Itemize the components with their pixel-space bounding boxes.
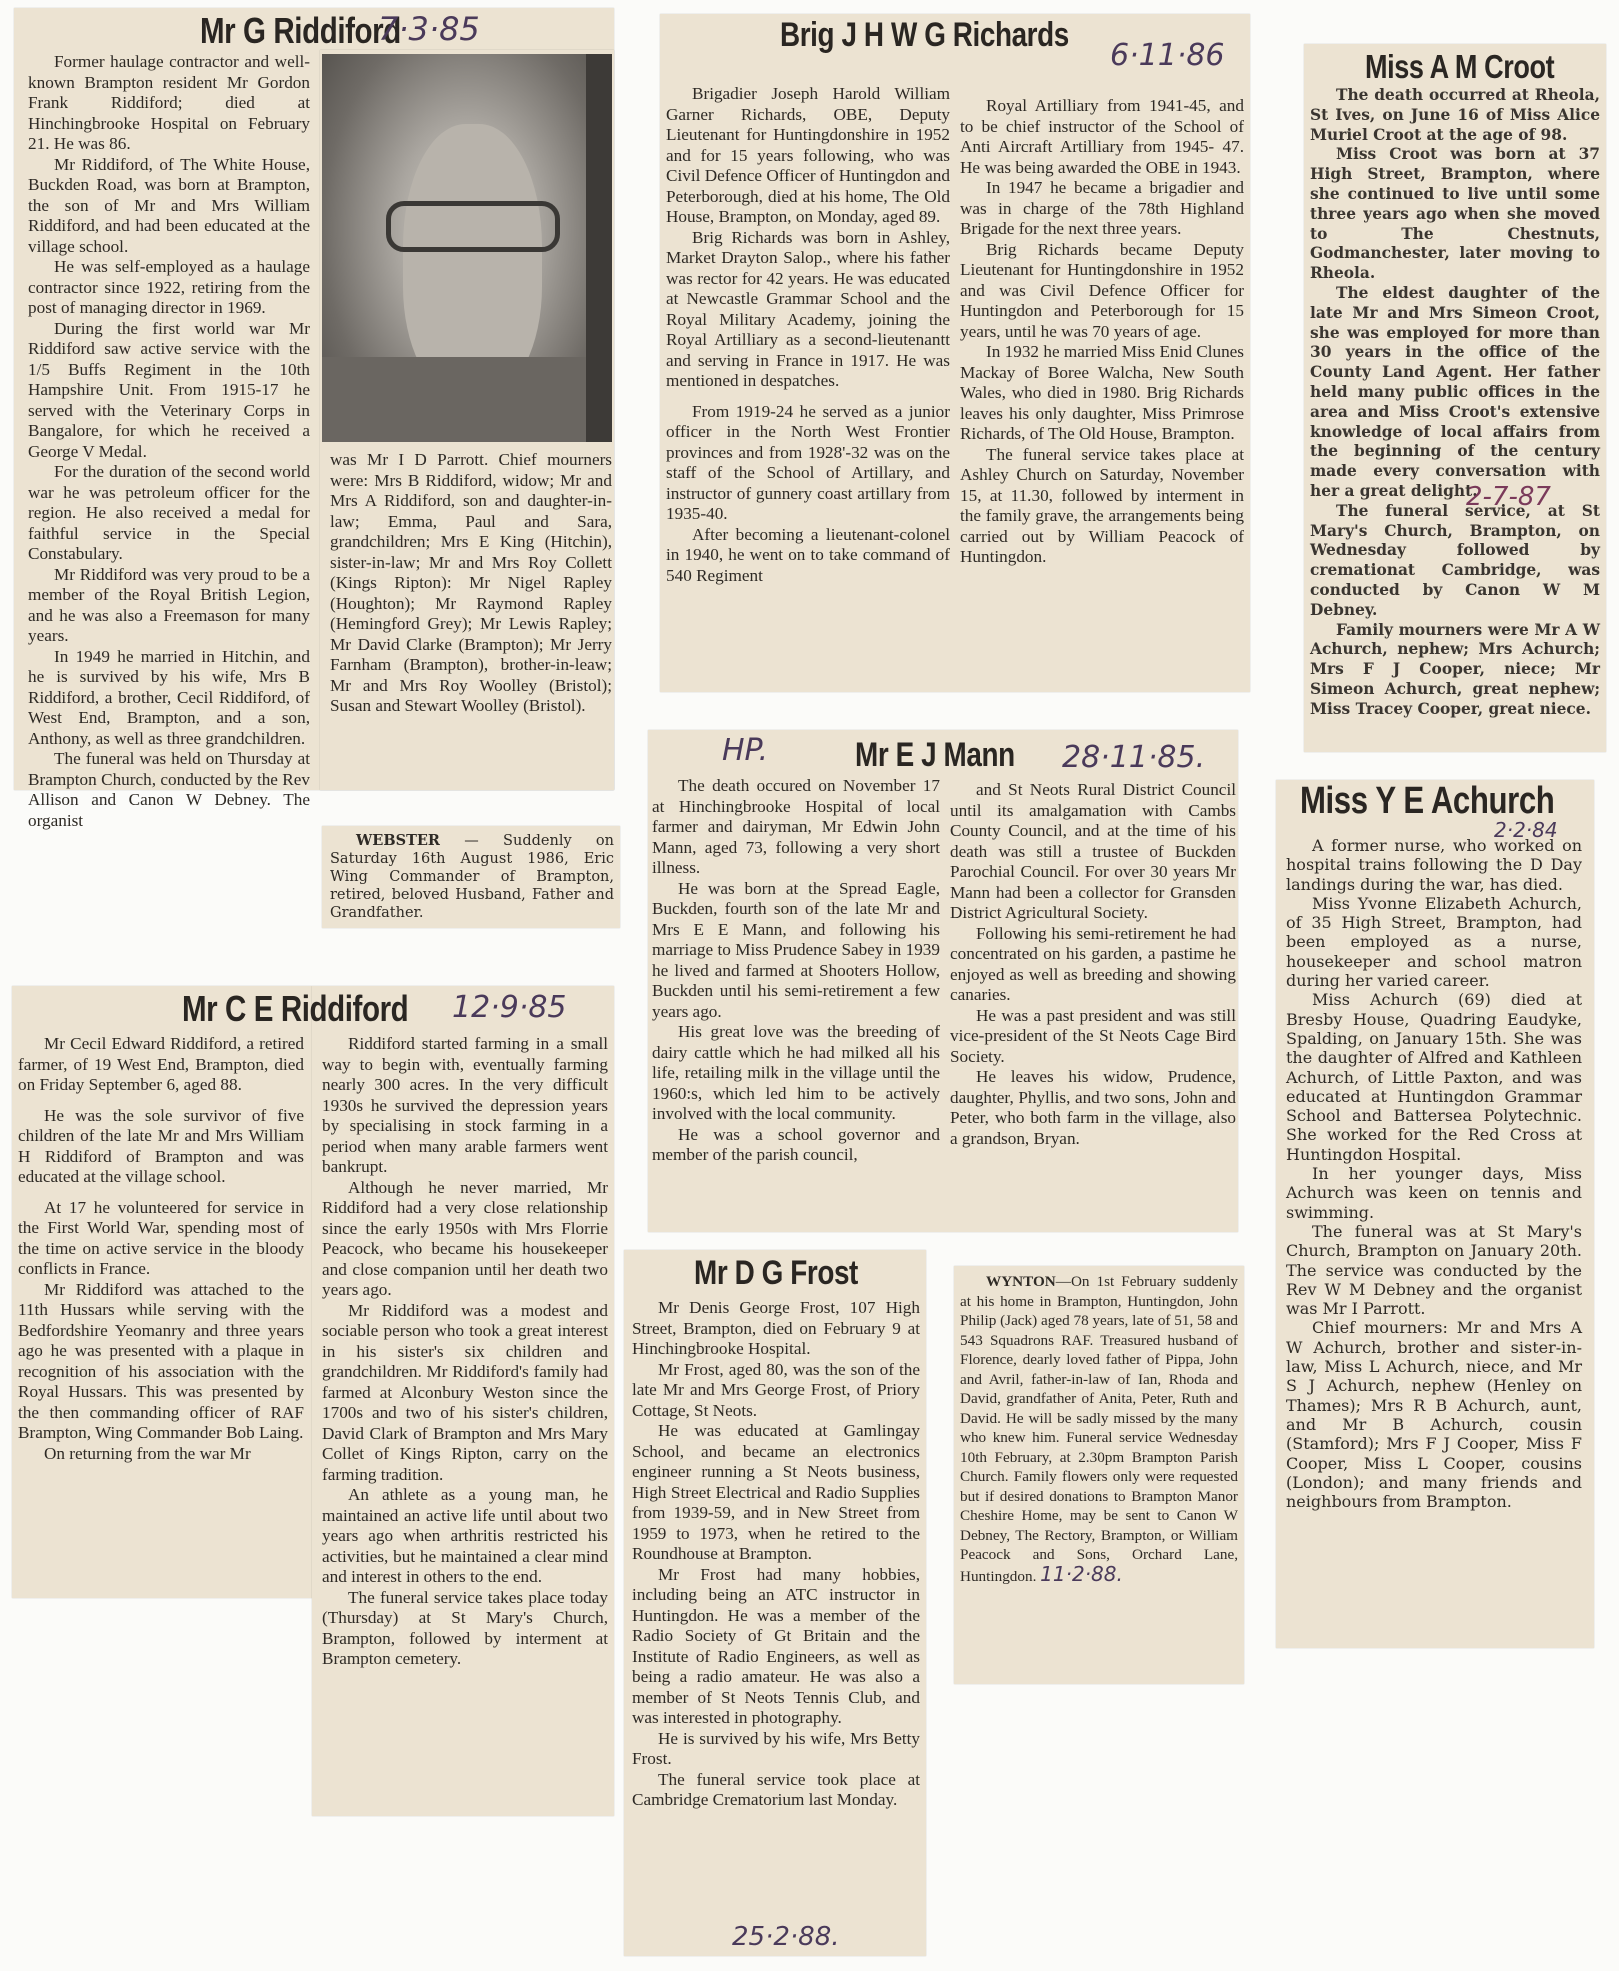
portrait-shadow <box>586 54 612 442</box>
headline: Miss Y E Achurch <box>1300 780 1554 823</box>
paragraph: Mr Frost, aged 80, was the son of the la… <box>632 1360 920 1422</box>
portrait-face <box>403 124 542 396</box>
paragraph: He was educated at Gamlingay School, and… <box>632 1421 920 1565</box>
paragraph: Former haulage contractor and well-known… <box>28 52 310 155</box>
paragraph: He was the sole survivor of five childre… <box>18 1106 304 1188</box>
paragraph: The funeral was held on Thursday at Bram… <box>28 749 310 831</box>
portrait-photo <box>322 54 612 442</box>
article-column: was Mr I D Parrott. Chief mourners were:… <box>330 450 612 717</box>
paragraph: Mr Denis George Frost, 107 High Street, … <box>632 1298 920 1360</box>
article-column: Mr Cecil Edward Riddiford, a retired far… <box>18 1034 304 1464</box>
paragraph: Royal Artilliary from 1941-45, and to be… <box>960 96 1244 178</box>
paragraph: A former nurse, who worked on hospital t… <box>1286 836 1582 894</box>
headline: Mr E J Mann <box>855 736 1015 775</box>
paragraph: He leaves his widow, Prudence, daughter,… <box>950 1067 1236 1149</box>
glasses-shape <box>386 201 560 251</box>
paragraph: For the duration of the second world war… <box>28 462 310 565</box>
headline: Mr C E Riddiford <box>182 988 408 1030</box>
paragraph: From 1919-24 he served as a junior offic… <box>666 402 950 525</box>
handwritten-date: 11·2·88. <box>1040 1562 1123 1586</box>
paragraph: Mr Riddiford was very proud to be a memb… <box>28 565 310 647</box>
paragraph: In 1947 he became a brigadier and was in… <box>960 178 1244 240</box>
notice-surname: WEBSTER <box>356 832 440 849</box>
paragraph: Following his semi-retirement he had con… <box>950 924 1236 1006</box>
paragraph: Although he never married, Mr Riddiford … <box>322 1178 608 1301</box>
headline: Mr D G Frost <box>694 1254 858 1293</box>
paragraph: The death occured on November 17 at Hinc… <box>652 776 940 879</box>
article-column: Riddiford started farming in a small way… <box>322 1034 608 1670</box>
paragraph: He was a past president and was still vi… <box>950 1006 1236 1068</box>
handwritten-date: 7·3·85 <box>378 10 480 48</box>
paragraph: In 1949 he married in Hitchin, and he is… <box>28 647 310 750</box>
paragraph: After becoming a lieutenant-colonel in 1… <box>666 525 950 587</box>
paragraph: Miss Croot was born at 37 High Street, B… <box>1310 145 1600 284</box>
article-column: Former haulage contractor and well-known… <box>28 52 310 831</box>
death-notice: WEBSTER — Suddenly on Saturday 16th Augu… <box>330 832 614 922</box>
paragraph: and St Neots Rural District Council unti… <box>950 780 1236 924</box>
headline: Miss A M Croot <box>1365 48 1554 86</box>
paragraph: On returning from the war Mr <box>18 1444 304 1465</box>
paragraph: Mr Cecil Edward Riddiford, a retired far… <box>18 1034 304 1096</box>
article-body: A former nurse, who worked on hospital t… <box>1286 836 1582 1511</box>
article-column: Brigadier Joseph Harold William Garner R… <box>666 84 950 586</box>
paragraph: The death occurred at Rheola, St Ives, o… <box>1310 86 1600 145</box>
article-column: The death occured on November 17 at Hinc… <box>652 776 940 1166</box>
handwritten-date: 2-7-87 <box>1466 482 1551 512</box>
paragraph: Mr Riddiford was attached to the 11th Hu… <box>18 1280 304 1444</box>
paragraph: His great love was the breeding of dairy… <box>652 1022 940 1125</box>
paragraph: He was a school governor and member of t… <box>652 1125 940 1166</box>
paragraph: Brig Richards was born in Ashley, Market… <box>666 228 950 392</box>
notice-surname: WYNTON <box>986 1273 1056 1290</box>
portrait-coat <box>322 357 612 442</box>
paragraph: The eldest daughter of the late Mr and M… <box>1310 284 1600 502</box>
paragraph: Riddiford started farming in a small way… <box>322 1034 608 1178</box>
paragraph: Miss Yvonne Elizabeth Achurch, of 35 Hig… <box>1286 894 1582 990</box>
death-notice: WYNTON—On 1st February suddenly at his h… <box>960 1272 1238 1586</box>
paragraph: Mr Riddiford, of The White House, Buckde… <box>28 155 310 258</box>
paragraph: During the first world war Mr Riddiford … <box>28 319 310 463</box>
paragraph: He was born at the Spread Eagle, Buckden… <box>652 879 940 1023</box>
handwritten-date: 6·11·86 <box>1110 38 1225 73</box>
paragraph: The funeral was at St Mary's Church, Bra… <box>1286 1222 1582 1318</box>
paragraph: In her younger days, Miss Achurch was ke… <box>1286 1164 1582 1222</box>
paragraph: The funeral service takes place today (T… <box>322 1588 608 1670</box>
paragraph: An athlete as a young man, he maintained… <box>322 1485 608 1588</box>
handwritten-note: HP. <box>722 733 768 768</box>
paragraph: Brigadier Joseph Harold William Garner R… <box>666 84 950 228</box>
paragraph: Brig Richards became Deputy Lieutenant f… <box>960 240 1244 343</box>
handwritten-date: 12·9·85 <box>452 990 567 1025</box>
paragraph: He was self-employed as a haulage contra… <box>28 257 310 319</box>
headline: Mr G Riddiford <box>200 10 401 52</box>
notice-text: —On 1st February suddenly at his home in… <box>960 1273 1238 1585</box>
article-body: The death occurred at Rheola, St Ives, o… <box>1310 86 1600 720</box>
paragraph: Mr Riddiford was a modest and sociable p… <box>322 1301 608 1486</box>
article-column: and St Neots Rural District Council unti… <box>950 780 1236 1149</box>
handwritten-date: 28·11·85. <box>1062 740 1205 775</box>
paragraph: Miss Achurch (69) died at Bresby House, … <box>1286 990 1582 1164</box>
paragraph: Chief mourners: Mr and Mrs A W Achurch, … <box>1286 1318 1582 1511</box>
handwritten-date: 25·2·88. <box>732 1922 840 1952</box>
paragraph: He is survived by his wife, Mrs Betty Fr… <box>632 1729 920 1770</box>
paragraph: The funeral service took place at Cambri… <box>632 1770 920 1811</box>
paragraph: At 17 he volunteered for service in the … <box>18 1198 304 1280</box>
paragraph: The funeral service, at St Mary's Church… <box>1310 502 1600 621</box>
headline: Brig J H W G Richards <box>780 16 1069 55</box>
article-column: Royal Artilliary from 1941-45, and to be… <box>960 96 1244 568</box>
paragraph: Family mourners were Mr A W Achurch, nep… <box>1310 621 1600 720</box>
paragraph: Mr Frost had many hobbies, including bei… <box>632 1565 920 1729</box>
paragraph: The funeral service takes place at Ashle… <box>960 445 1244 568</box>
article-body: Mr Denis George Frost, 107 High Street, … <box>632 1298 920 1811</box>
paragraph: In 1932 he married Miss Enid Clunes Mack… <box>960 342 1244 445</box>
